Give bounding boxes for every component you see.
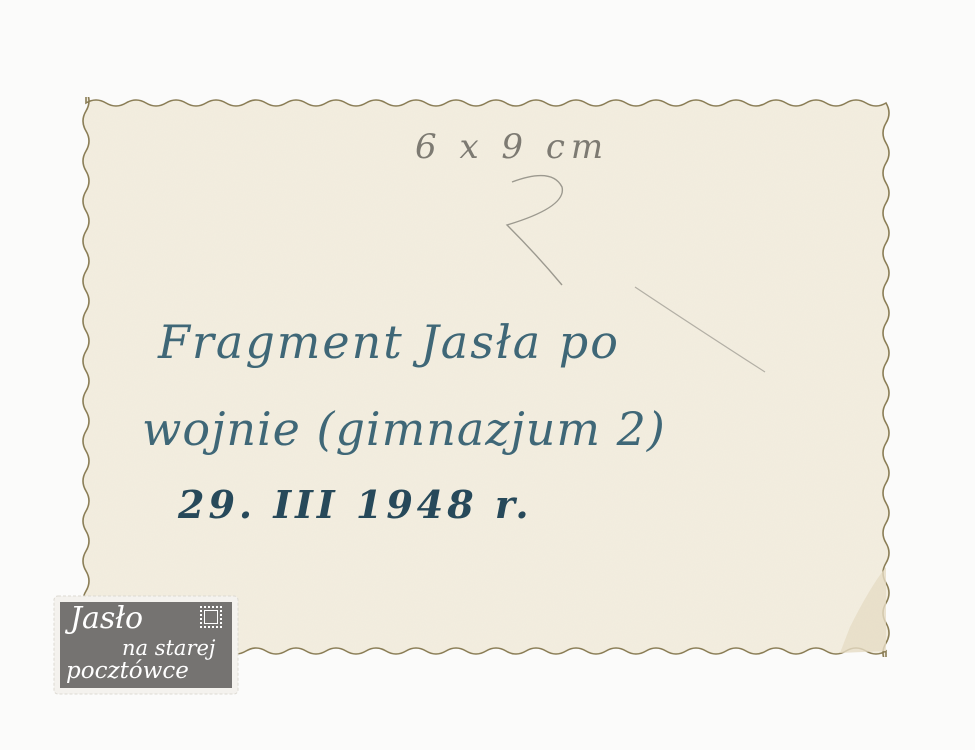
photo-back-card: 6 x 9 cm Fragment Jasła po wojnie (gimna…: [80, 97, 892, 657]
watermark-line-3: pocztówce: [66, 660, 189, 683]
handwriting-date: 29. III 1948 r.: [178, 482, 533, 527]
pencil-size-note: 6 x 9 cm: [415, 127, 609, 167]
watermark-logo: Jasło na starej pocztówce: [52, 594, 240, 696]
stamp-icon: [200, 606, 222, 628]
watermark-line-1: Jasło: [70, 604, 143, 634]
handwriting-line-2: wojnie (gimnazjum 2): [142, 402, 666, 456]
pencil-mark-2: [80, 97, 892, 657]
handwriting-line-1: Fragment Jasła po: [158, 315, 620, 369]
watermark-line-2: na starej: [122, 638, 215, 659]
